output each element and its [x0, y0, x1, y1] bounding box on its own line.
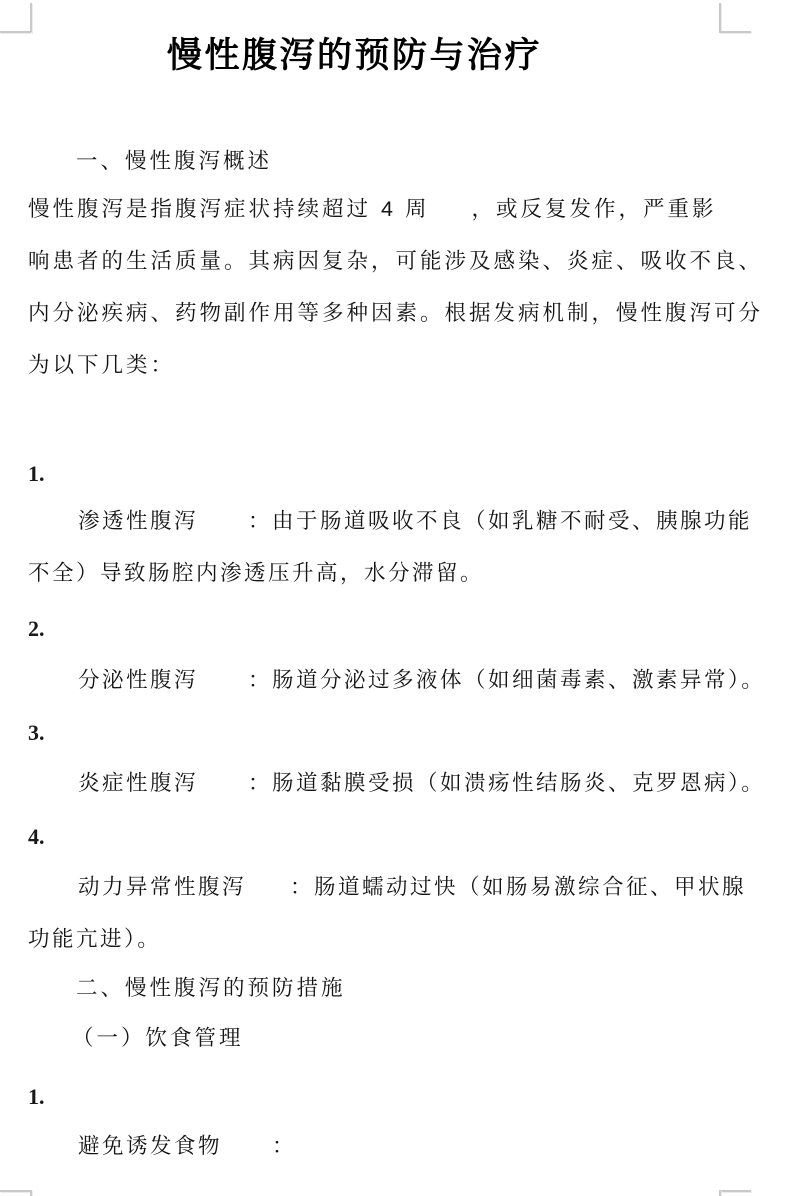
sub-heading-diet: （一）饮食管理	[72, 1028, 244, 1050]
intro-line-1: 慢性腹泻是指腹泻症状持续超过4 周，或反复发作，严重影	[28, 199, 716, 221]
list-item-1-line-1: 渗透性腹泻：由于肠道吸收不良（如乳糖不耐受、胰腺功能	[78, 511, 752, 533]
intro-line-1-a: 慢性腹泻是指腹泻症状持续超过	[28, 197, 371, 221]
section-1-heading: 一、慢性腹泻概述	[76, 151, 272, 173]
list-number-5: 1.	[28, 1086, 45, 1108]
crop-mark-top-right-horizontal	[719, 31, 751, 33]
crop-mark-bottom-left-vertical	[30, 1190, 32, 1196]
section-2-heading: 二、慢性腹泻的预防措施	[76, 978, 346, 1000]
document-page[interactable]: 慢性腹泻的预防与治疗 一、慢性腹泻概述 慢性腹泻是指腹泻症状持续超过4 周，或反…	[0, 0, 807, 1196]
intro-line-1-duration: 4 周	[381, 197, 429, 221]
list-item-4-text: ：肠道蠕动过快（如肠易激综合征、甲状腺	[290, 875, 746, 899]
intro-line-4: 为以下几类：	[28, 355, 175, 377]
list-item-3-text: ：肠道黏膜受损（如溃疡性结肠炎、克罗恩病）。	[248, 771, 765, 795]
list-item-2-text: ：肠道分泌过多液体（如细菌毒素、激素异常）。	[248, 668, 765, 692]
list-item-5-line-1: 避免诱发食物：	[78, 1136, 296, 1158]
list-item-2-term: 分泌性腹泻	[78, 668, 198, 692]
list-number-2: 2.	[28, 618, 45, 640]
crop-mark-bottom-right-vertical	[719, 1190, 721, 1196]
crop-mark-bottom-left-horizontal	[0, 1190, 31, 1192]
crop-mark-top-right-vertical	[719, 3, 721, 33]
list-item-1-term: 渗透性腹泻	[78, 509, 198, 533]
list-item-2-line-1: 分泌性腹泻：肠道分泌过多液体（如细菌毒素、激素异常）。	[78, 670, 765, 692]
list-item-3-term: 炎症性腹泻	[78, 771, 198, 795]
document-title: 慢性腹泻的预防与治疗	[167, 37, 542, 76]
list-item-1-line-2: 不全）导致肠腔内渗透压升高，水分滞留。	[28, 563, 484, 585]
list-item-1-text: ：由于肠道吸收不良（如乳糖不耐受、胰腺功能	[248, 509, 752, 533]
intro-line-2: 响患者的生活质量。其病因复杂，可能涉及感染、炎症、吸收不良、	[28, 251, 763, 273]
list-item-4-term: 动力异常性腹泻	[78, 875, 246, 899]
list-item-3-line-1: 炎症性腹泻：肠道黏膜受损（如溃疡性结肠炎、克罗恩病）。	[78, 773, 765, 795]
list-item-4-line-1: 动力异常性腹泻：肠道蠕动过快（如肠易激综合征、甲状腺	[78, 877, 746, 899]
crop-mark-top-left-vertical	[30, 3, 32, 33]
list-item-5-term: 避免诱发食物	[78, 1134, 222, 1158]
list-number-1: 1.	[28, 463, 45, 485]
list-item-4-line-2: 功能亢进）。	[28, 929, 161, 951]
list-number-4: 4.	[28, 826, 45, 848]
intro-line-3: 内分泌疾病、药物副作用等多种因素。根据发病机制，慢性腹泻可分	[28, 303, 763, 325]
list-number-3: 3.	[28, 722, 45, 744]
crop-mark-top-left-horizontal	[0, 31, 31, 33]
intro-line-1-c: ，或反复发作，严重影	[471, 197, 716, 221]
list-item-5-text: ：	[272, 1134, 296, 1158]
crop-mark-bottom-right-horizontal	[719, 1190, 751, 1192]
